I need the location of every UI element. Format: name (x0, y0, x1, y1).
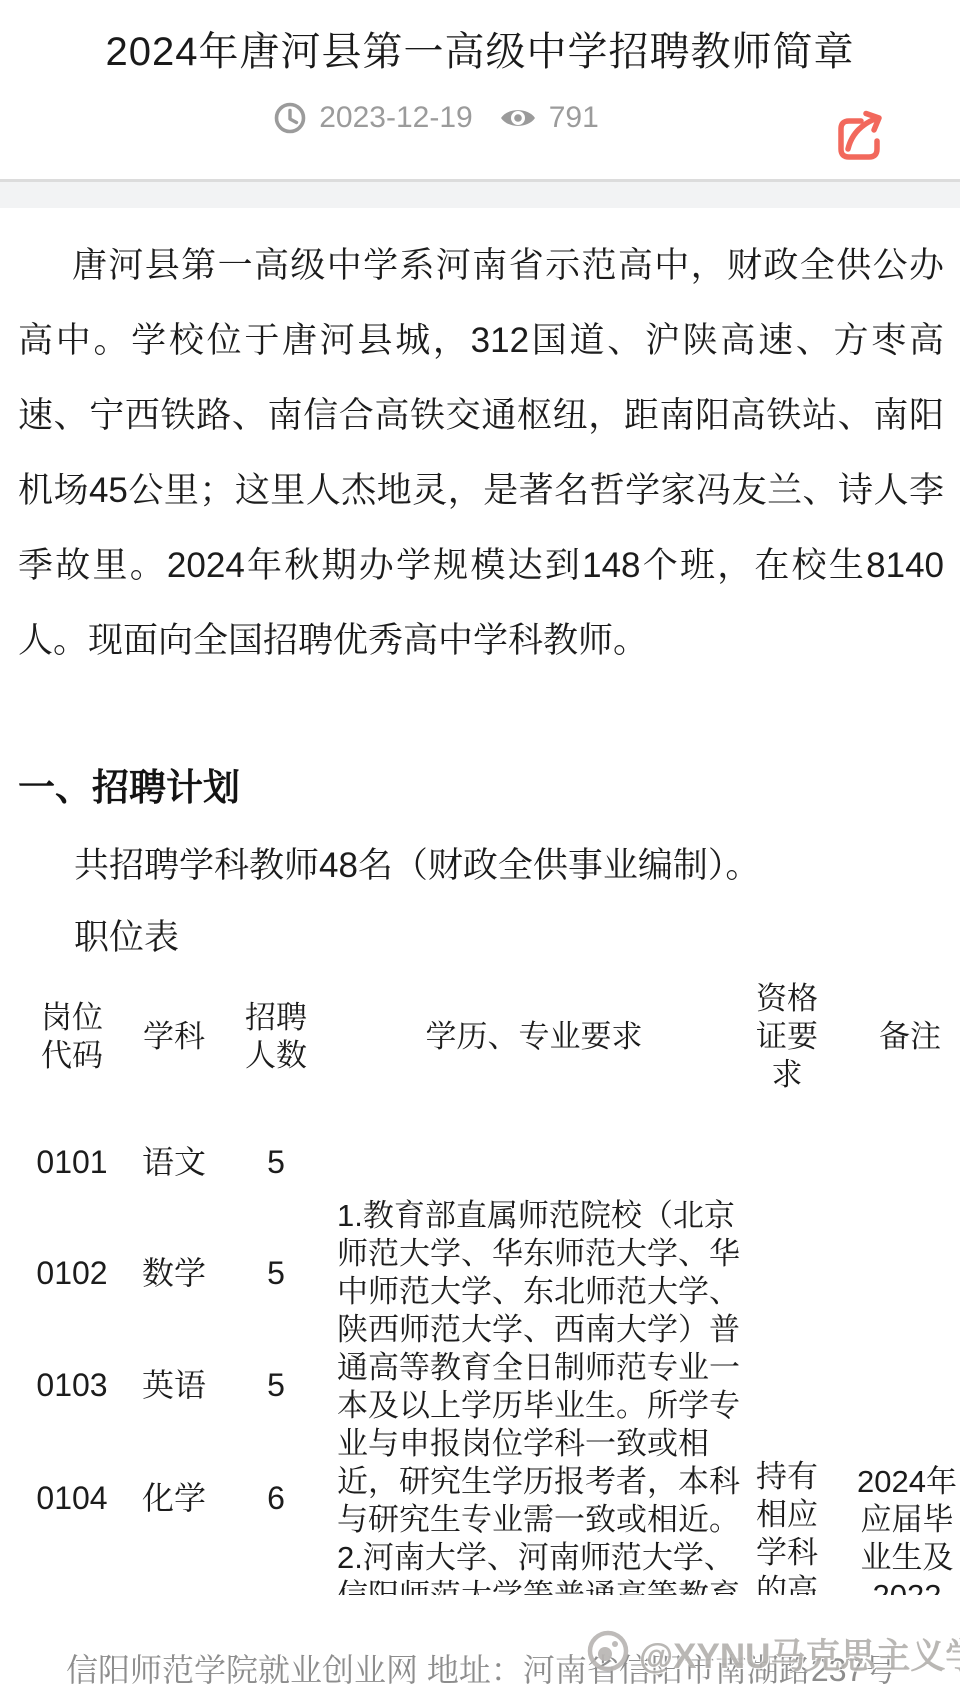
note-line: 2022 (852, 1577, 960, 1595)
row-subject: 化学 (132, 1477, 216, 1519)
section-heading: 一、招聘计划 (18, 757, 240, 811)
col-header-certificate: 资格证要求 (754, 980, 820, 1094)
certificate-line: 的高 (750, 1572, 824, 1595)
row-subject: 英语 (132, 1364, 216, 1406)
row-count: 5 (234, 1141, 318, 1183)
note-cell: 2024年 应届毕 业生及 2022 (852, 1463, 960, 1595)
section-intro: 共招聘学科教师48名（财政全供事业编制）。 (18, 838, 944, 888)
clock-icon (273, 101, 307, 135)
col-header-requirements: 学历、专业要求 (404, 1018, 664, 1056)
row-count: 5 (234, 1364, 318, 1406)
requirements-line: 本及以上学历毕业生。所学专 (337, 1387, 735, 1425)
requirements-cell: 1.教育部直属师范院校（北京 师范大学、华东师范大学、华 中师范大学、东北师范大… (337, 1197, 735, 1595)
share-icon (833, 153, 885, 168)
col-header-count: 招聘人数 (234, 999, 318, 1075)
row-subject: 数学 (132, 1252, 216, 1294)
row-code: 0104 (24, 1477, 120, 1519)
positions-table: 岗位代码 学科 招聘人数 学历、专业要求 资格证要求 备注 0101 语文 5 … (0, 980, 960, 1595)
divider-band (0, 182, 960, 208)
article-page: 2024年唐河县第一高级中学招聘教师简章 2023-12-19 791 (0, 0, 960, 1693)
intro-paragraph: 唐河县第一高级中学系河南省示范高中，财政全供公办高中。学校位于唐河县城，312国… (18, 228, 944, 678)
requirements-line: 信阳师范大学等普通高等教育 (337, 1577, 735, 1595)
requirements-line: 陕西师范大学、西南大学）普 (337, 1311, 735, 1349)
requirements-line: 业与申报岗位学科一致或相 (337, 1425, 735, 1463)
note-line: 2024年 (852, 1463, 960, 1501)
requirements-line: 师范大学、华东师范大学、华 (337, 1235, 735, 1273)
row-code: 0103 (24, 1364, 120, 1406)
row-count: 6 (234, 1477, 318, 1519)
requirements-line: 近，研究生学历报考者，本科 (337, 1463, 735, 1501)
share-button[interactable] (833, 103, 885, 165)
requirements-line: 与研究生专业需一致或相近。 (337, 1501, 735, 1539)
eye-icon (499, 104, 537, 132)
col-header-subject: 学科 (132, 1018, 216, 1056)
requirements-line: 通高等教育全日制师范专业一 (337, 1349, 735, 1387)
certificate-cell: 持有 相应 学科 的高 (750, 1458, 824, 1595)
col-header-code: 岗位代码 (30, 999, 114, 1075)
row-count: 5 (234, 1252, 318, 1294)
watermark: @XYNU马克思主义学院就业部 (585, 1628, 960, 1679)
circle-logo-icon (585, 1628, 631, 1679)
page-title: 2024年唐河县第一高级中学招聘教师简章 (0, 20, 960, 77)
requirements-line: 中师范大学、东北师范大学、 (337, 1273, 735, 1311)
row-subject: 语文 (132, 1141, 216, 1183)
table-label: 职位表 (74, 910, 179, 960)
certificate-line: 相应 (750, 1496, 824, 1534)
publish-date: 2023-12-19 (319, 101, 472, 135)
col-header-note: 备注 (866, 1018, 954, 1056)
certificate-line: 持有 (750, 1458, 824, 1496)
watermark-text: @XYNU马克思主义学院就业部 (639, 1629, 960, 1679)
meta-row: 2023-12-19 791 (0, 96, 960, 140)
requirements-line: 1.教育部直属师范院校（北京 (337, 1197, 735, 1235)
certificate-line: 学科 (750, 1534, 824, 1572)
view-count: 791 (549, 101, 599, 135)
note-line: 应届毕 (852, 1501, 960, 1539)
row-code: 0101 (24, 1141, 120, 1183)
requirements-line: 2.河南大学、河南师范大学、 (337, 1539, 735, 1577)
row-code: 0102 (24, 1252, 120, 1294)
note-line: 业生及 (852, 1539, 960, 1577)
